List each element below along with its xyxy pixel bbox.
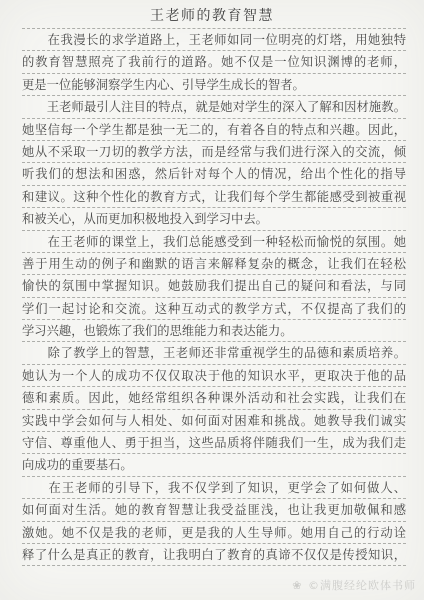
essay-line: 守信、尊重他人、勇于担当，这些品质将伴随我们一生，成为我们走	[22, 432, 406, 454]
essay-line: 学习兴趣，也锻炼了我们的思维能力和表达能力。	[22, 320, 406, 342]
essay-line: 和建议。这种个性化的教育方式，让我们每个学生都能感受到被重视	[22, 186, 406, 208]
essay-line: 学们一起讨论和交流。这种互动式的教学方式，不仅提高了我们的	[22, 298, 406, 320]
essay-line: 在王老师的课堂上，我们总能感受到一种轻松而愉悦的氛围。她	[22, 231, 406, 253]
watermark-text: ©满腹经纶欧体书师	[308, 579, 416, 592]
essay-line: 更是一位能够洞察学生内心、引导学生成长的智者。	[22, 74, 406, 96]
essay-line: 在我漫长的求学道路上，王老师如同一位明亮的灯塔，用她独特	[22, 29, 406, 51]
essay-line: 她从不采取一刀切的教学方法，而是经常与我们进行深入的交流，倾	[22, 141, 406, 163]
ruled-writing-area: 在我漫长的求学道路上，王老师如同一位明亮的灯塔，用她独特 的教育智慧照亮了我前行…	[22, 28, 406, 566]
essay-line: 听我们的想法和困惑，然后针对每个人的情况，给出个性化的指导	[22, 163, 406, 185]
essay-title: 王老师的教育智慧	[150, 5, 274, 25]
essay-line: 她坚信每一个学生都是独一无二的，有着各自的特点和兴趣。因此，	[22, 119, 406, 141]
essay-line: 除了教学上的智慧，王老师还非常重视学生的品德和素质培养。	[22, 342, 406, 364]
essay-line: 愉快的氛围中掌握知识。她鼓励我们提出自己的疑问和看法，与同	[22, 275, 406, 297]
essay-line: 她认为一个人的成功不仅仅取决于他的知识水平，更取决于他的品	[22, 365, 406, 387]
watermark-logo-icon: ❀	[292, 579, 302, 592]
essay-line: 如何面对生活。她的教育智慧让我受益匪浅，也让我更加敬佩和感	[22, 499, 406, 521]
essay-line: 的教育智慧照亮了我前行的道路。她不仅是一位知识渊博的老师，	[22, 51, 406, 73]
title-row: 王老师的教育智慧	[0, 0, 424, 28]
essay-line: 王老师最引人注目的特点，就是她对学生的深入了解和因材施教。	[22, 96, 406, 118]
essay-line: 实践中学会如何与人相处、如何面对困难和挑战。她教导我们诚实	[22, 410, 406, 432]
essay-line: 在王老师的引导下，我不仅学到了知识，更学会了如何做人、	[22, 477, 406, 499]
essay-line: 和被关心，从而更加积极地投入到学习中去。	[22, 208, 406, 230]
handwritten-essay-page: 王老师的教育智慧 在我漫长的求学道路上，王老师如同一位明亮的灯塔，用她独特 的教…	[0, 0, 424, 600]
essay-line: 向成功的重要基石。	[22, 454, 406, 476]
essay-line: 激她。她不仅是我的老师，更是我的人生导师。她用自己的行动诠	[22, 522, 406, 544]
watermark: ❀ ©满腹经纶欧体书师	[292, 577, 416, 593]
essay-line: 善于用生动的例子和幽默的语言来解释复杂的概念，让我们在轻松	[22, 253, 406, 275]
essay-line: 德和素质。因此，她经常组织各种课外活动和社会实践，让我们在	[22, 387, 406, 409]
essay-line: 释了什么是真正的教育，让我明白了教育的真谛不仅仅是传授知识，	[22, 544, 406, 566]
